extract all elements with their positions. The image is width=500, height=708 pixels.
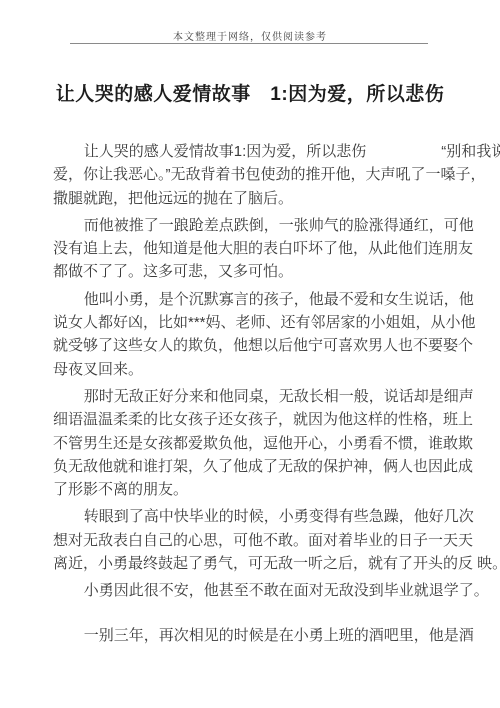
paragraph: 而他被推了一踉跄差点跌倒，一张帅气的脸涨得通红，可他没有追上去，他知道是他大胆的…	[53, 214, 447, 284]
text-line: 让人哭的感人爱情故事1:因为爱，所以悲伤 “别和我说	[53, 140, 447, 163]
text-line: 离近，小勇最终鼓起了勇气，可无敌一听之后，就有了开头的反 映。	[53, 552, 447, 575]
document-body: 让人哭的感人爱情故事1:因为爱，所以悲伤 “别和我说爱，你让我恶心。”无敌背着书…	[53, 140, 447, 651]
text-line: 撒腿就跑，把他远远的抛在了脑后。	[53, 187, 447, 210]
text-line: 负无敌他就和谁打架，久了他成了无敌的保护神，俩人也因此成	[53, 455, 447, 478]
document-page: 本文整理于网络，仅供阅读参考 让人哭的感人爱情故事 1:因为爱，所以悲伤 让人哭…	[0, 0, 500, 708]
text-line: 他叫小勇，是个沉默寡言的孩子，他最不爱和女生说话，他	[53, 288, 447, 311]
text-line: 说女人都好凶，比如***妈、老师、还有邻居家的小姐姐，从小他	[53, 311, 447, 334]
text-line: 细语温温柔柔的比女孩子还女孩子，就因为他这样的性格，班上	[53, 408, 447, 431]
header-note: 本文整理于网络，仅供阅读参考	[0, 28, 500, 43]
text-line: 不管男生还是女孩都爱欺负他，逗他开心，小勇看不惯，谁敢欺	[53, 432, 447, 455]
paragraph: 小勇因此很不安，他甚至不敢在面对无敌没到毕业就退学了。	[53, 579, 447, 602]
text-line: 而他被推了一踉跄差点跌倒，一张帅气的脸涨得通红，可他	[53, 214, 447, 237]
paragraph: 转眼到了高中快毕业的时候，小勇变得有些急躁，他好几次想对无敌表白自己的心思，可他…	[53, 505, 447, 575]
paragraph: 那时无敌正好分来和他同桌，无敌长相一般，说话却是细声细语温温柔柔的比女孩子还女孩…	[53, 385, 447, 501]
text-line: 都做不了了。这多可悲，又多可怕。	[53, 260, 447, 283]
text-line: 母夜叉回来。	[53, 358, 447, 381]
text-line: 一别三年，再次相见的时候是在小勇上班的酒吧里，他是酒	[53, 624, 447, 647]
text-line: 转眼到了高中快毕业的时候，小勇变得有些急躁，他好几次	[53, 505, 447, 528]
text-line: 那时无敌正好分来和他同桌，无敌长相一般，说话却是细声	[53, 385, 447, 408]
text-line: 小勇因此很不安，他甚至不敢在面对无敌没到毕业就退学了。	[53, 579, 447, 602]
paragraph: 他叫小勇，是个沉默寡言的孩子，他最不爱和女生说话，他说女人都好凶，比如***妈、…	[53, 288, 447, 381]
text-line: 没有追上去，他知道是他大胆的表白吓坏了他，从此他们连朋友	[53, 237, 447, 260]
paragraph: 让人哭的感人爱情故事1:因为爱，所以悲伤 “别和我说爱，你让我恶心。”无敌背着书…	[53, 140, 447, 210]
text-line: 爱，你让我恶心。”无敌背着书包使劲的推开他，大声吼了一嗓子，	[53, 163, 447, 186]
paragraph: 一别三年，再次相见的时候是在小勇上班的酒吧里，他是酒	[53, 624, 447, 647]
header-rule	[70, 43, 428, 44]
text-line: 了形影不离的朋友。	[53, 478, 447, 501]
text-line: 想对无敌表白自己的心思，可他不敢。面对着毕业的日子一天天	[53, 529, 447, 552]
page-title: 让人哭的感人爱情故事 1:因为爱，所以悲伤	[0, 79, 500, 106]
text-line: 就受够了这些女人的欺负，他想以后他宁可喜欢男人也不要娶个	[53, 334, 447, 357]
